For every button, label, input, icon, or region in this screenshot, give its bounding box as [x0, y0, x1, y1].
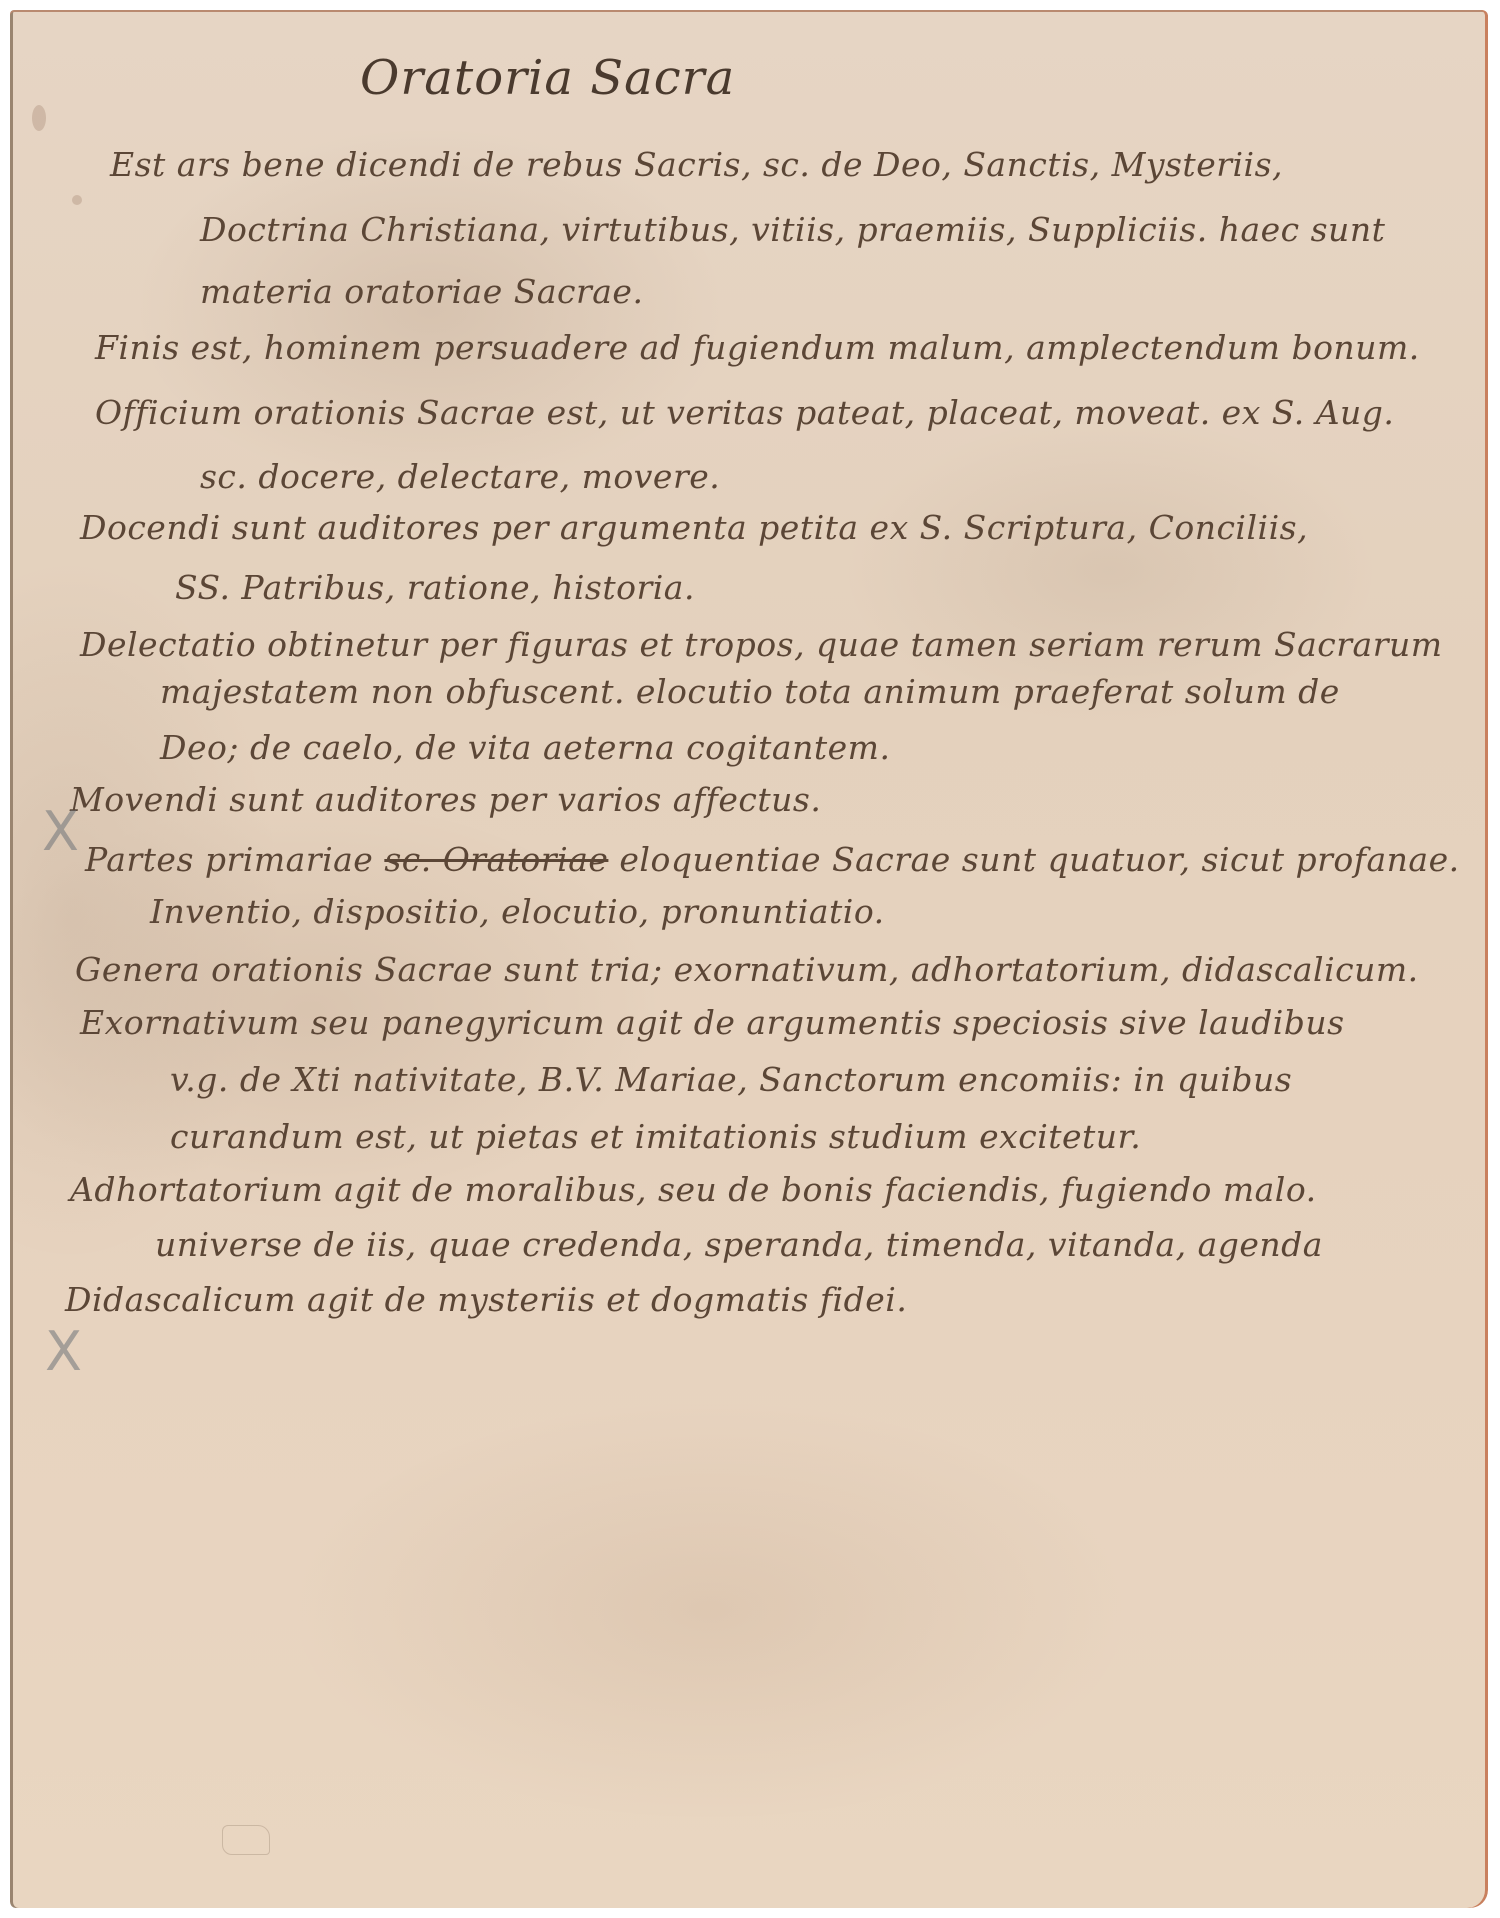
struck-out-text: sc. Oratoriae — [384, 840, 608, 879]
text-line: Officium orationis Sacrae est, ut verita… — [95, 393, 1394, 432]
text-line: Inventio, dispositio, elocutio, pronunti… — [150, 892, 885, 931]
text-line: sc. docere, delectare, movere. — [200, 457, 720, 496]
text-line: Finis est, hominem persuadere ad fugiend… — [95, 328, 1420, 367]
text-line: Docendi sunt auditores per argumenta pet… — [80, 508, 1308, 547]
text-line: materia oratoriae Sacrae. — [200, 272, 643, 311]
pencil-x-mark: X — [42, 800, 79, 863]
text-line: Est ars bene dicendi de rebus Sacris, sc… — [110, 145, 1283, 184]
text-line: majestatem non obfuscent. elocutio tota … — [160, 672, 1340, 711]
text-line: SS. Patribus, ratione, historia. — [175, 568, 695, 607]
ink-blot — [72, 195, 82, 205]
line-tail: eloquentiae Sacrae sunt quatuor, sicut p… — [619, 840, 1459, 879]
text-line: Movendi sunt auditores per varios affect… — [70, 780, 821, 819]
text-line: Deo; de caelo, de vita aeterna cogitante… — [160, 728, 890, 767]
text-line: Adhortatorium agit de moralibus, seu de … — [70, 1170, 1317, 1209]
text-line: universe de iis, quae credenda, speranda… — [155, 1225, 1323, 1264]
text-line: Delectatio obtinetur per figuras et trop… — [80, 625, 1443, 664]
blind-stamp — [222, 1825, 270, 1855]
text-line: Exornativum seu panegyricum agit de argu… — [80, 1003, 1345, 1042]
text-line: v.g. de Xti nativitate, B.V. Mariae, San… — [170, 1060, 1292, 1099]
text-line: Doctrina Christiana, virtutibus, vitiis,… — [200, 210, 1385, 249]
page-title: Oratoria Sacra — [360, 50, 735, 106]
line-lead: Partes primariae — [85, 840, 373, 879]
pencil-x-mark: X — [45, 1320, 82, 1383]
text-line: Didascalicum agit de mysteriis et dogmat… — [65, 1280, 907, 1319]
text-line: curandum est, ut pietas et imitationis s… — [170, 1117, 1141, 1156]
text-line-with-strikethrough: Partes primariae sc. Oratoriae eloquenti… — [85, 840, 1460, 879]
text-line: Genera orationis Sacrae sunt tria; exorn… — [75, 950, 1419, 989]
ink-blot — [32, 105, 46, 131]
manuscript-body: Oratoria Sacra Est ars bene dicendi de r… — [10, 10, 1488, 1908]
manuscript-page: Oratoria Sacra Est ars bene dicendi de r… — [10, 10, 1488, 1908]
